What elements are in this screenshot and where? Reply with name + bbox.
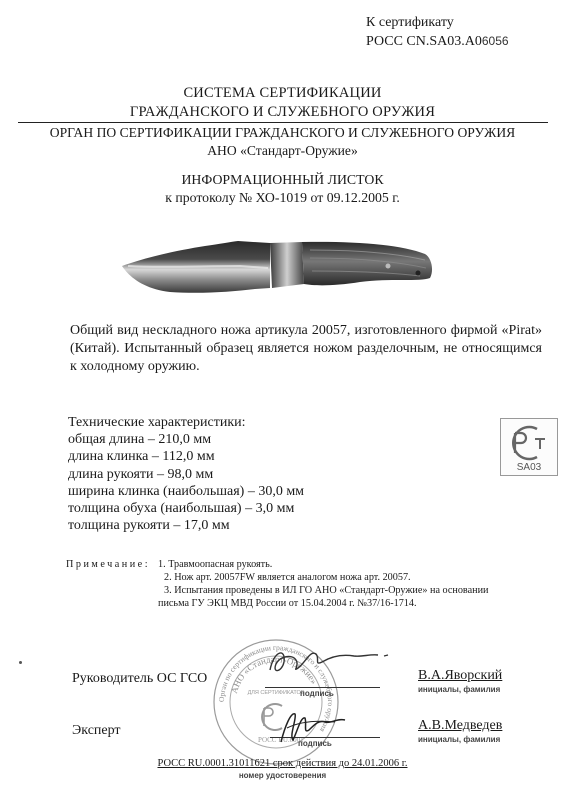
svg-text:SA03: SA03 [517, 462, 542, 473]
scan-speck [19, 661, 22, 664]
spec-item: ширина клинка (наибольшая) – 30,0 мм [68, 483, 304, 500]
spec-item: толщина рукояти – 17,0 мм [68, 517, 304, 534]
expert-certificate-label: номер удостоверения [0, 771, 565, 780]
spec-item: длина рукояти – 98,0 мм [68, 466, 304, 483]
description-paragraph: Общий вид нескладного ножа артикула 2005… [70, 322, 542, 376]
organ-heading: ОРГАН ПО СЕРТИФИКАЦИИ ГРАЖДАНСКОГО И СЛУ… [0, 124, 565, 160]
notes-label: Примечание: [66, 559, 150, 570]
certificate-ref-line2: РОСС CN.SA03.А06056 [366, 32, 509, 51]
system-heading: СИСТЕМА СЕРТИФИКАЦИИ ГРАЖДАНСКОГО И СЛУЖ… [0, 84, 565, 122]
gost-certification-mark: SA03 [500, 418, 558, 476]
signer-role-head: Руководитель ОС ГСО [72, 671, 207, 687]
header-divider [18, 122, 548, 123]
name-label-expert: инициалы, фамилия [418, 735, 500, 744]
system-line-1: СИСТЕМА СЕРТИФИКАЦИИ [0, 84, 565, 103]
expert-certificate-number: РОСС RU.0001.31011621 срок действия до 2… [0, 758, 565, 769]
document-subtitle: к протоколу № ХО-1019 от 09.12.2005 г. [0, 189, 565, 207]
signer-role-expert: Эксперт [72, 723, 121, 739]
document-title: ИНФОРМАЦИОННЫЙ ЛИСТОК [0, 171, 565, 189]
handwritten-signature-head [262, 640, 392, 685]
signature-line-head [265, 687, 380, 688]
spec-item: общая длина – 210,0 мм [68, 431, 304, 448]
organ-line-2: АНО «Стандарт-Оружие» [0, 142, 565, 160]
certificate-reference: К сертификату РОСС CN.SA03.А06056 [366, 14, 509, 51]
svg-text:ДЛЯ СЕРТИФИКАТОВ: ДЛЯ СЕРТИФИКАТОВ [248, 690, 305, 696]
document-title-block: ИНФОРМАЦИОННЫЙ ЛИСТОК к протоколу № ХО-1… [0, 171, 565, 207]
system-line-2: ГРАЖДАНСКОГО И СЛУЖЕБНОГО ОРУЖИЯ [0, 103, 565, 122]
note-item: 1. Травмоопасная рукоять. [158, 558, 272, 571]
specs-title: Технические характеристики: [68, 414, 304, 431]
name-label-head: инициалы, фамилия [418, 685, 500, 694]
notes-block: Примечание: 1. Травмоопасная рукоять. 2.… [66, 558, 536, 571]
certificate-ref-prefix: РОСС CN.SA03.А0 [366, 34, 482, 49]
certificate-ref-line1: К сертификату [366, 14, 509, 32]
handwritten-signature-expert [275, 706, 350, 746]
signature-label-head: подпись [300, 689, 334, 698]
signer-name-expert: А.В.Медведев [418, 718, 502, 734]
technical-specs: Технические характеристики: общая длина … [68, 414, 304, 534]
certificate-ref-number: 6056 [482, 34, 509, 48]
signer-name-head: В.А.Яворский [418, 668, 502, 684]
pct-logo-icon: SA03 [501, 419, 557, 475]
note-item: 2. Нож арт. 20057FW является аналогом но… [164, 571, 411, 584]
spec-item: толщина обуха (наибольшая) – 3,0 мм [68, 500, 304, 517]
note-item: 3. Испытания проведены в ИЛ ГО АНО «Стан… [164, 584, 536, 597]
organ-line-1: ОРГАН ПО СЕРТИФИКАЦИИ ГРАЖДАНСКОГО И СЛУ… [0, 124, 565, 142]
note-item-continuation: письма ГУ ЭКЦ МВД России от 15.04.2004 г… [158, 597, 417, 610]
knife-photo [120, 216, 450, 311]
spec-item: длина клинка – 112,0 мм [68, 448, 304, 465]
